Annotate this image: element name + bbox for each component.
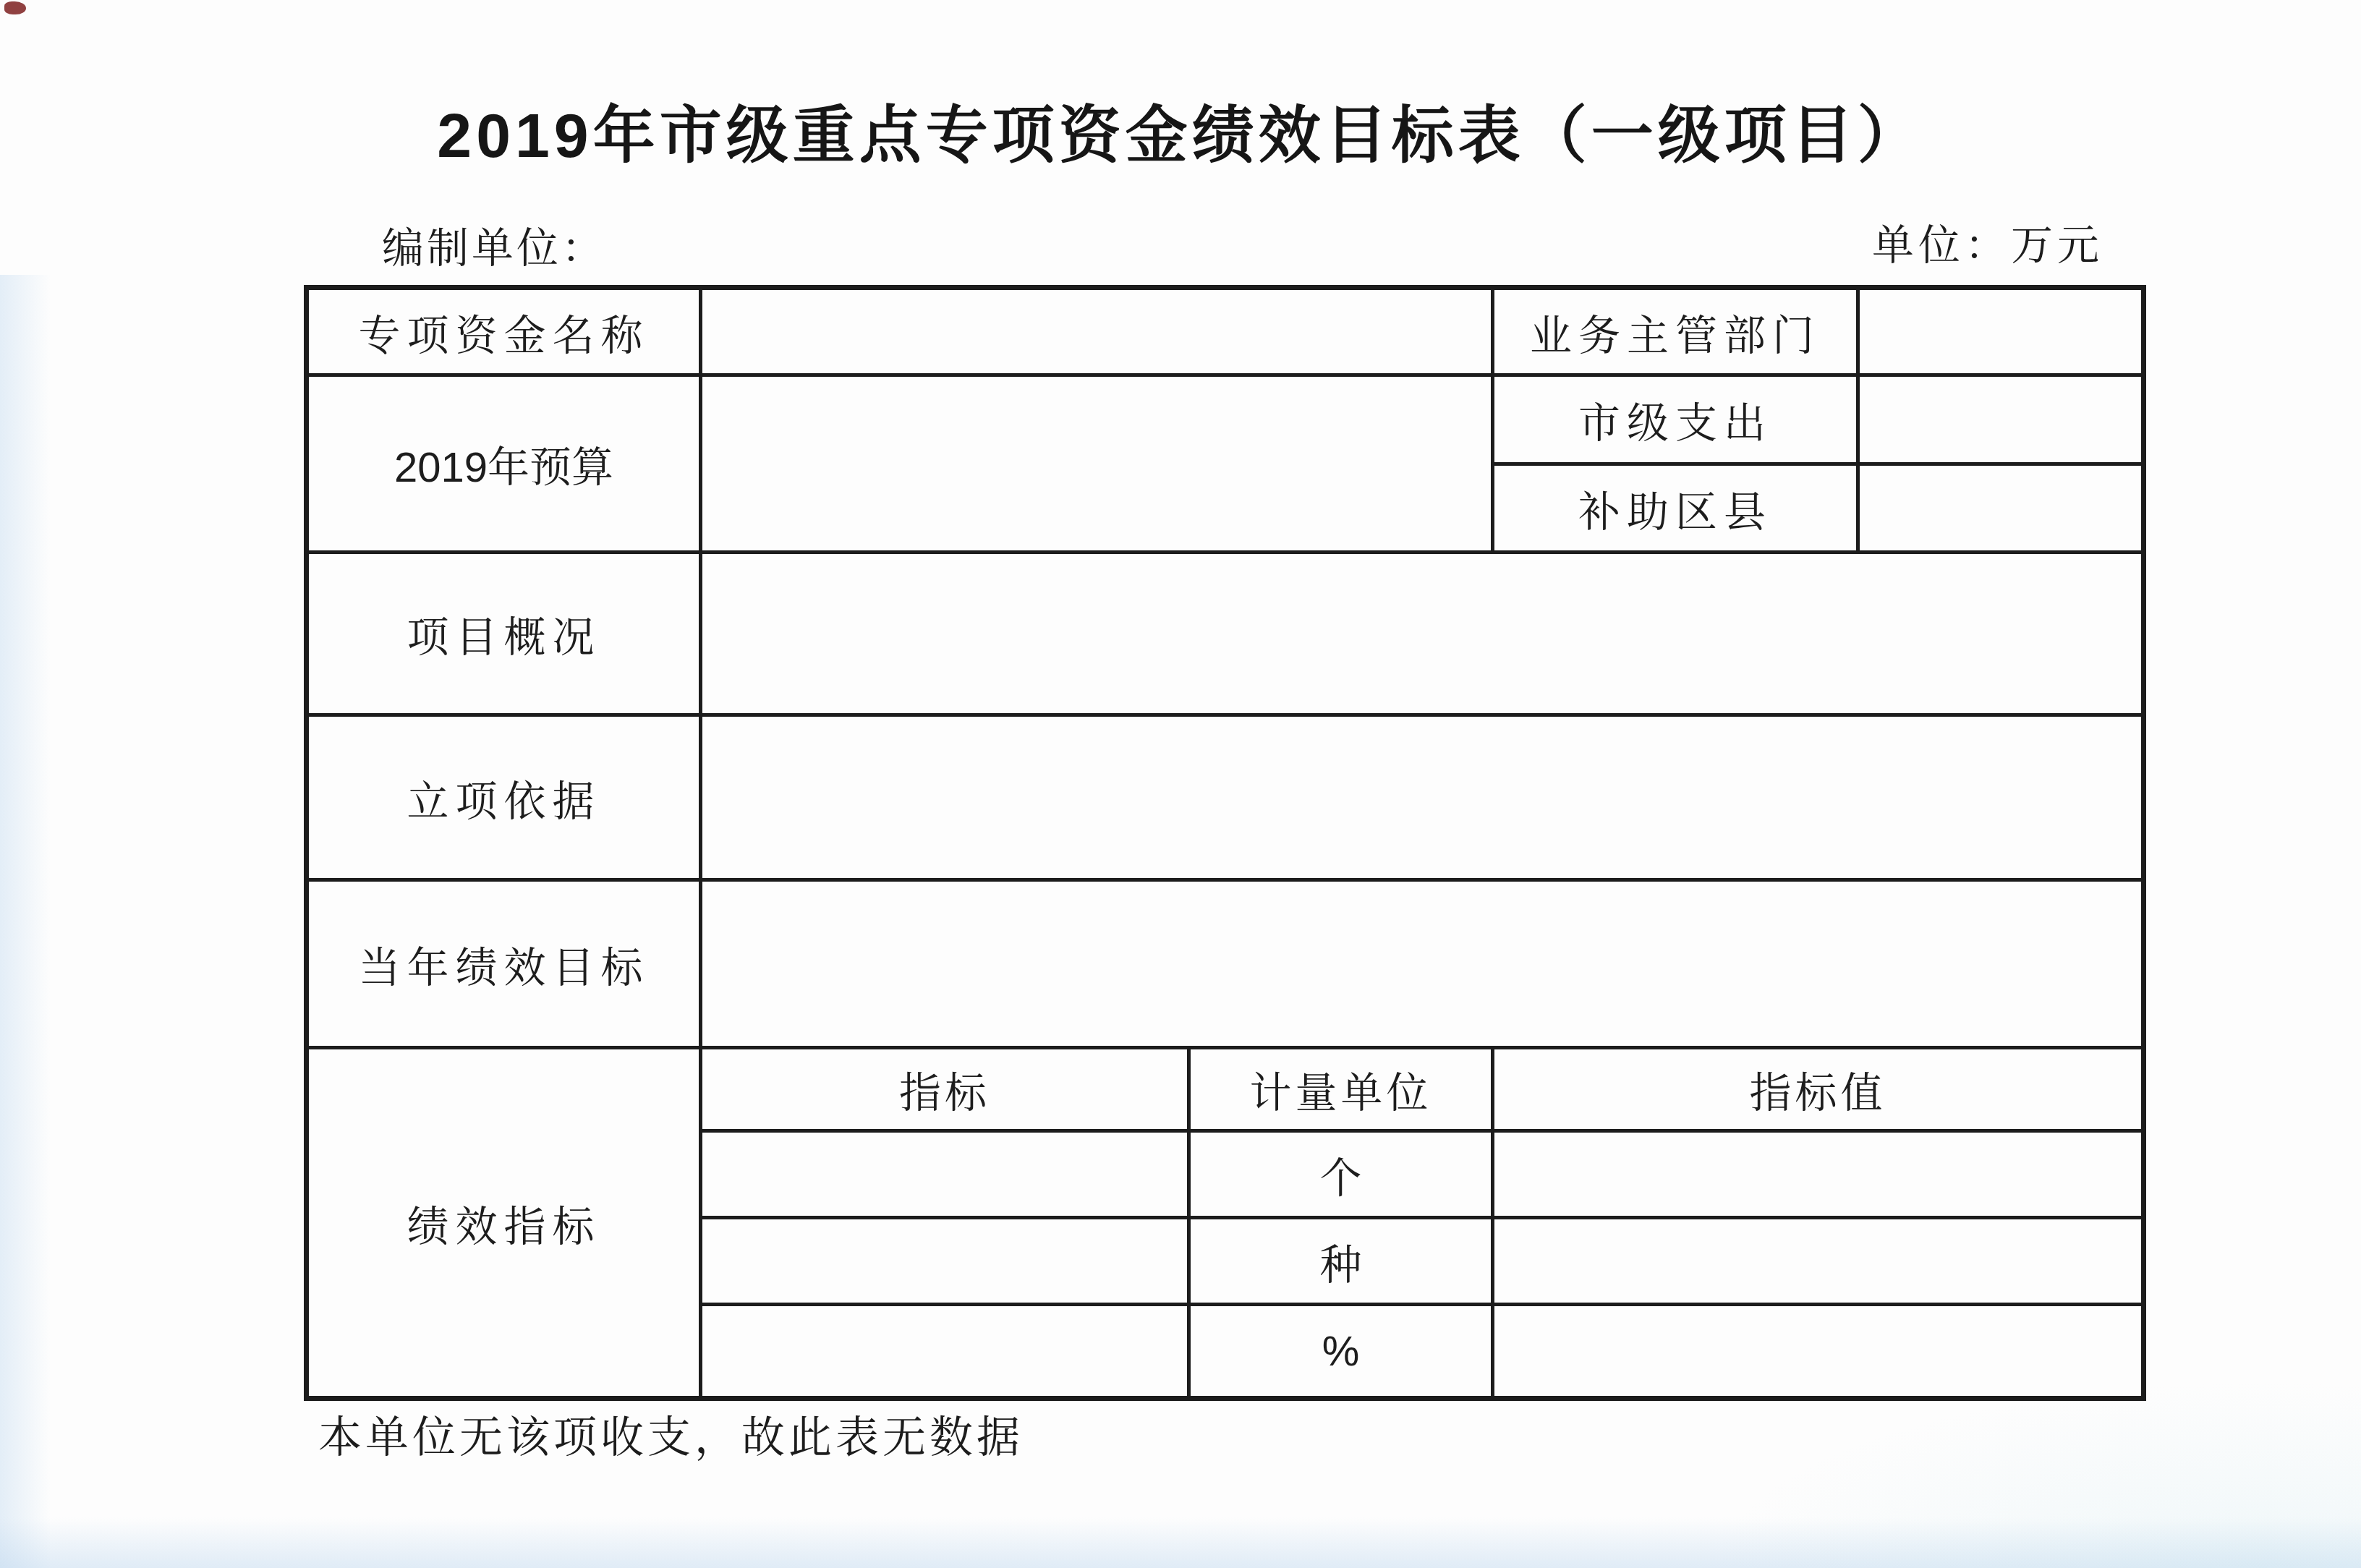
indicator-name-cell (701, 1131, 1189, 1218)
annual-performance-target-label: 当年绩效目标 (307, 880, 701, 1048)
indicator-value-cell (1493, 1218, 2144, 1305)
subsidy-districts-value (1858, 464, 2144, 553)
project-overview-value (701, 553, 2144, 715)
indicator-unit-cell: 个 (1189, 1131, 1493, 1218)
indicator-value-cell (1493, 1305, 2144, 1399)
budget-2019-label: 2019年预算 (307, 375, 701, 553)
scan-tint-left (0, 275, 51, 1568)
budget-2019-value (701, 375, 1493, 553)
municipal-expenditure-label: 市级支出 (1493, 375, 1858, 464)
annual-performance-target-value (701, 880, 2144, 1048)
scanned-form-page: 2019年市级重点专项资金绩效目标表（一级项目） 编制单位： 单位：万元 专项资… (0, 0, 2361, 1568)
footer-note: 本单位无该项收支，故此表无数据 (318, 1403, 1024, 1465)
scan-tint-bottom-right (1710, 1380, 2361, 1568)
indicator-header-unit: 计量单位 (1189, 1048, 1493, 1131)
form-table: 专项资金名称 业务主管部门 2019年预算 市级支出 补助区县 项目概况 立项依… (304, 285, 2146, 1401)
indicator-header-indicator: 指标 (701, 1048, 1189, 1131)
meta-row: 编制单位： 单位：万元 (0, 214, 2361, 265)
scan-tint-bottom (0, 1517, 2361, 1568)
indicator-unit-cell: % (1189, 1305, 1493, 1399)
page-title: 2019年市级重点专项资金绩效目标表（一级项目） (0, 85, 2361, 175)
indicator-name-cell (701, 1218, 1189, 1305)
indicator-name-cell (701, 1305, 1189, 1399)
scan-artifact-mark (4, 1, 26, 14)
indicator-value-cell (1493, 1131, 2144, 1218)
performance-indicators-label: 绩效指标 (307, 1048, 701, 1399)
indicator-header-value: 指标值 (1493, 1048, 2144, 1131)
competent-department-value (1858, 288, 2144, 375)
project-overview-label: 项目概况 (307, 553, 701, 715)
special-fund-name-label: 专项资金名称 (307, 288, 701, 375)
project-basis-label: 立项依据 (307, 715, 701, 880)
special-fund-name-value (701, 288, 1493, 375)
project-basis-value (701, 715, 2144, 880)
competent-department-label: 业务主管部门 (1493, 288, 1858, 375)
subsidy-districts-label: 补助区县 (1493, 464, 1858, 553)
unit-label: 单位：万元 (1872, 211, 2103, 272)
indicator-unit-cell: 种 (1189, 1218, 1493, 1305)
prepared-by-label: 编制单位： (382, 214, 606, 275)
municipal-expenditure-value (1858, 375, 2144, 464)
